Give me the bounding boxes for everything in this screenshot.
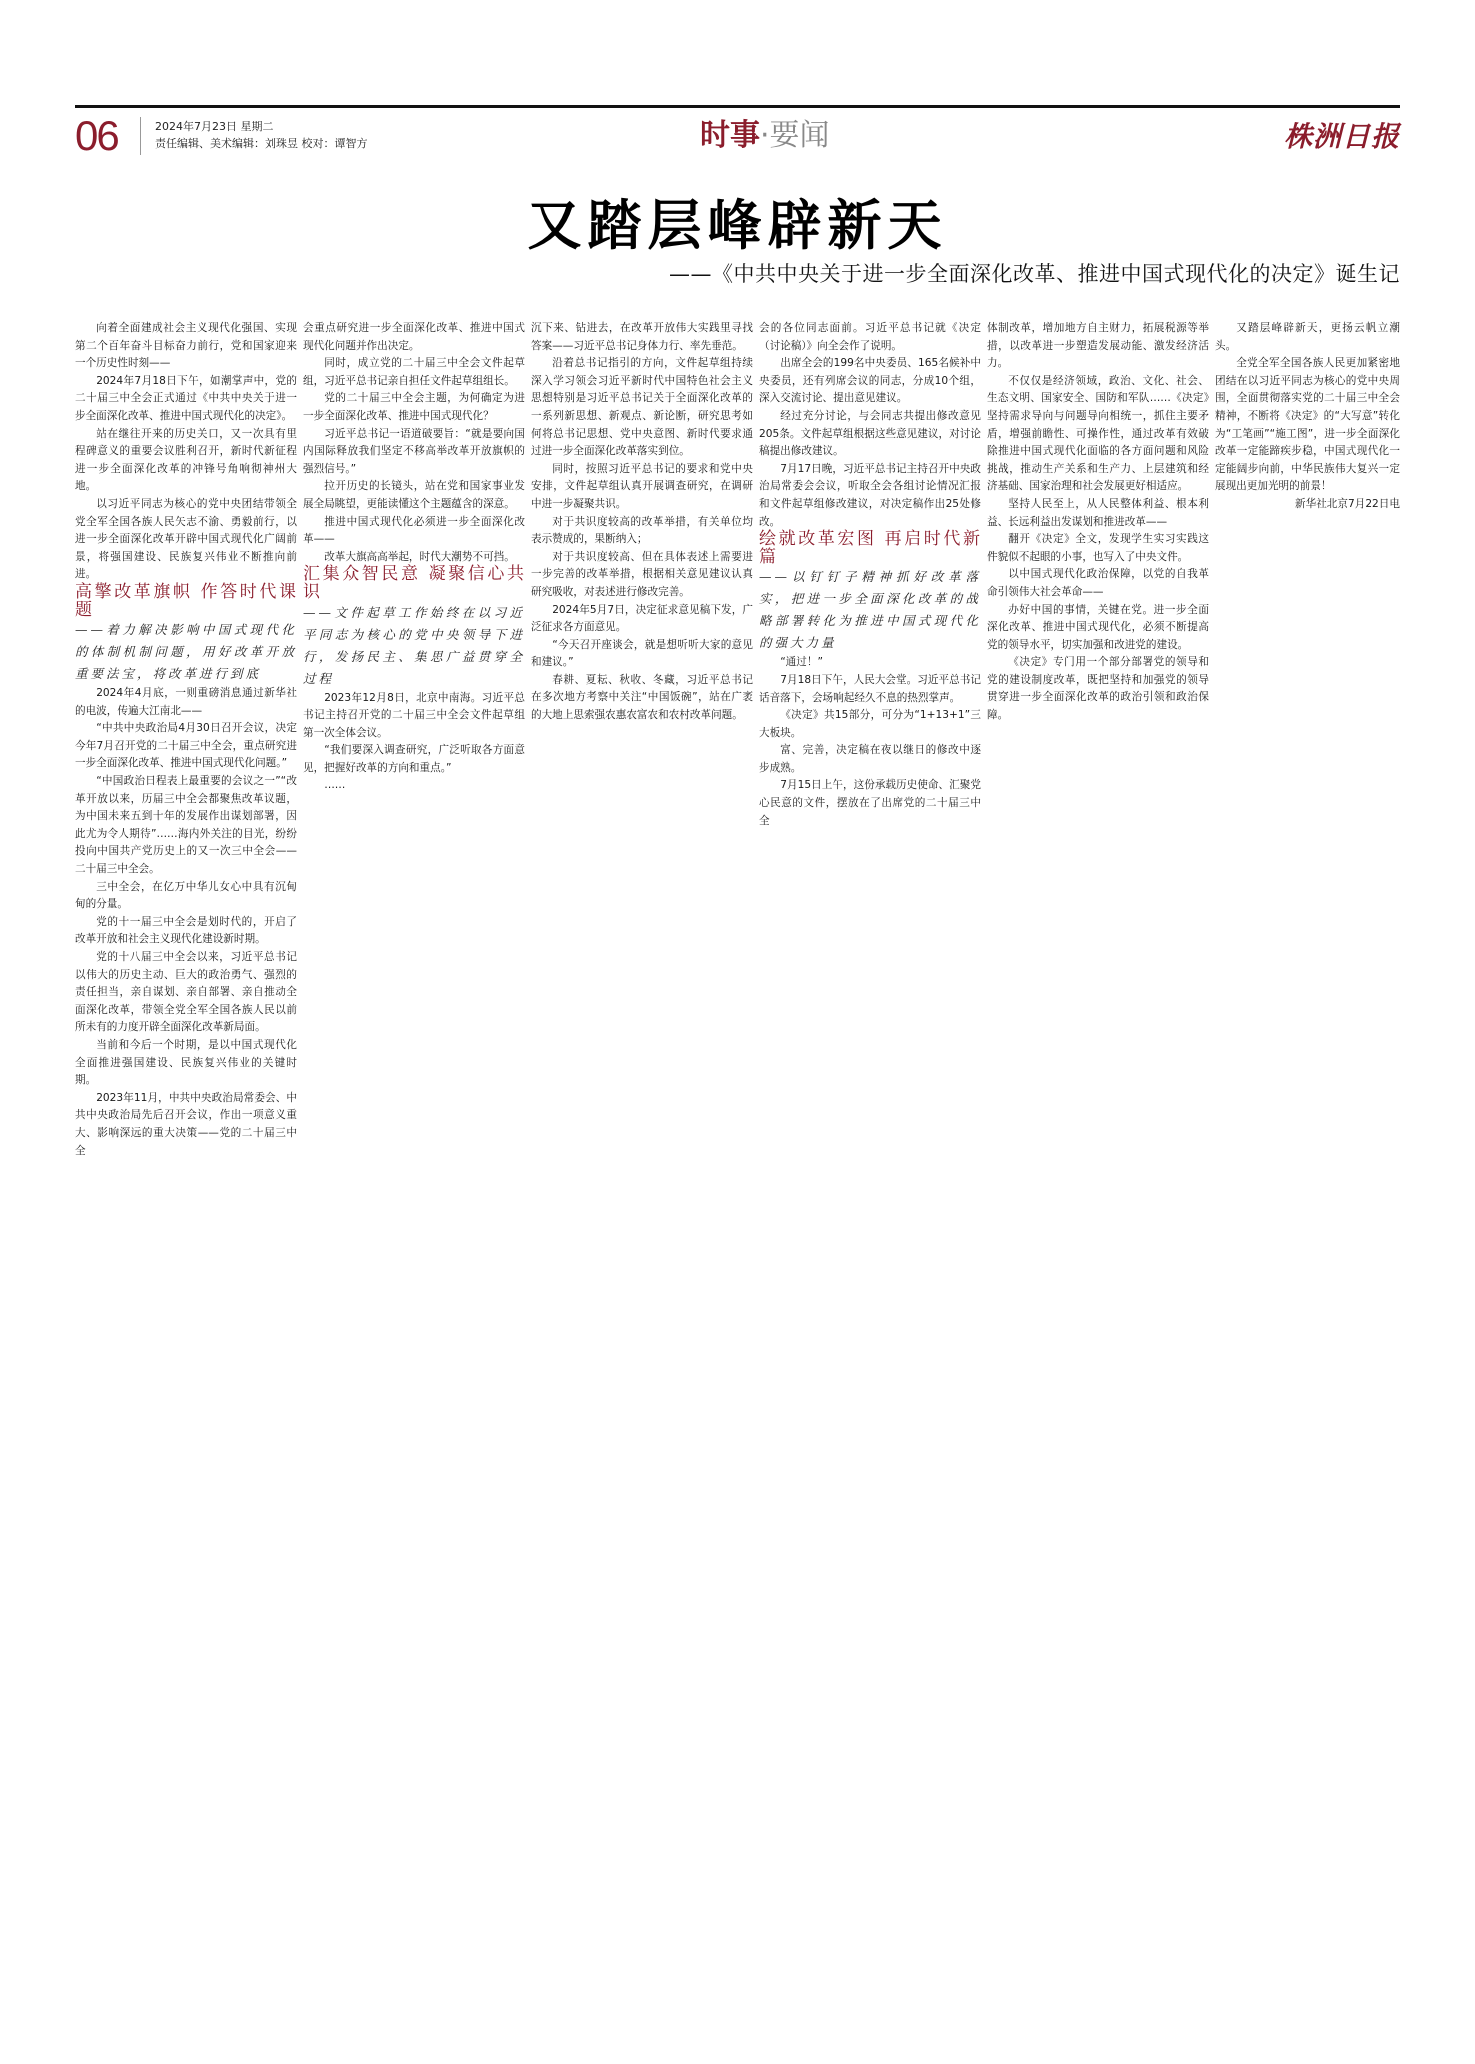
paragraph: 体制改革，增加地方自主财力，拓展税源等举措，以改革进一步塑造发展动能、激发经济活… [987, 320, 1209, 373]
paragraph: “中共中央政治局4月30日召开会议，决定今年7月召开党的二十届三中全会，重点研究… [75, 720, 297, 773]
paragraph: 会重点研究进一步全面深化改革、推进中国式现代化问题并作出决定。 [303, 320, 525, 355]
paragraph: 2023年11月，中共中央政治局常委会、中共中央政治局先后召开会议，作出一项意义… [75, 1090, 297, 1160]
dateline: 新华社北京7月22日电 [1215, 496, 1400, 514]
paragraph: 拉开历史的长镜头，站在党和国家事业发展全局眺望，更能读懂这个主题蕴含的深意。 [303, 478, 525, 513]
paragraph: 沿着总书记指引的方向，文件起草组持续深入学习领会习近平新时代中国特色社会主义思想… [531, 355, 753, 461]
column-6: 又踏层峰辟新天，更扬云帆立潮头。 全党全军全国各族人民更加紧密地团结在以习近平同… [1215, 320, 1400, 514]
editor-credits: 责任编辑、美术编辑：刘珠昱 校对：谭智方 [155, 135, 368, 152]
column-5: 体制改革，增加地方自主财力，拓展税源等举措，以改革进一步塑造发展动能、激发经济活… [987, 320, 1209, 725]
section-subheading: ——文件起草工作始终在以习近平同志为核心的党中央领导下进行，发扬民主、集思广益贯… [303, 602, 525, 690]
paragraph: 翻开《决定》全文，发现学生实习实践这件貌似不起眼的小事，也写入了中央文件。 [987, 531, 1209, 566]
paragraph: 春耕、夏耘、秋收、冬藏，习近平总书记在多次地方考察中关注“中国饭碗”，站在广袤的… [531, 672, 753, 725]
section-subheading: ——着力解决影响中国式现代化的体制机制问题，用好改革开放重要法宝，将改革进行到底 [75, 619, 297, 685]
paragraph: 党的十八届三中全会以来，习近平总书记以伟大的历史主动、巨大的政治勇气、强烈的责任… [75, 949, 297, 1037]
paragraph: 党的二十届三中全会主题，为何确定为进一步全面深化改革、推进中国式现代化？ [303, 390, 525, 425]
paragraph: 推进中国式现代化必须进一步全面深化改革—— [303, 514, 525, 549]
paragraph: 2024年4月底，一则重磅消息通过新华社的电波，传遍大江南北—— [75, 685, 297, 720]
paragraph: 沉下来、钻进去，在改革开放伟大实践里寻找答案——习近平总书记身体力行、率先垂范。 [531, 320, 753, 355]
section-subheading: ——以钉钉子精神抓好改革落实，把进一步全面深化改革的战略部署转化为推进中国式现代… [759, 566, 981, 654]
page-number: 06 [75, 113, 118, 158]
paragraph: “通过！” [759, 654, 981, 672]
paragraph: 经过充分讨论，与会同志共提出修改意见205条。文件起草组根据这些意见建议，对讨论… [759, 408, 981, 461]
paragraph: “今天召开座谈会，就是想听听大家的意见和建议。” [531, 637, 753, 672]
section-heading: 高擎改革旗帜 作答时代课题 [75, 584, 297, 619]
article-body: 向着全面建成社会主义现代化强国、实现第二个百年奋斗目标奋力前行，党和国家迎来一个… [75, 320, 1400, 2020]
paragraph: “中国政治日程表上最重要的会议之一”“改革开放以来，历届三中全会都聚焦改革议题，… [75, 773, 297, 879]
paragraph: 2024年7月18日下午，如潮掌声中，党的二十届三中全会正式通过《中共中央关于进… [75, 373, 297, 426]
paragraph: 会的各位同志面前。习近平总书记就《决定（讨论稿）》向全会作了说明。 [759, 320, 981, 355]
paragraph: 全党全军全国各族人民更加紧密地团结在以习近平同志为核心的党中央周围，全面贯彻落实… [1215, 355, 1400, 496]
column-1: 向着全面建成社会主义现代化强国、实现第二个百年奋斗目标奋力前行，党和国家迎来一个… [75, 320, 297, 1160]
paragraph: 富、完善，决定稿在夜以继日的修改中逐步成熟。 [759, 742, 981, 777]
paragraph: 以习近平同志为核心的党中央团结带领全党全军全国各族人民矢志不渝、勇毅前行，以进一… [75, 496, 297, 584]
paragraph: 7月17日晚，习近平总书记主持召开中央政治局常委会会议，听取全会各组讨论情况汇报… [759, 461, 981, 531]
paragraph: 7月15日上午，这份承载历史使命、汇聚党心民意的文件，摆放在了出席党的二十届三中… [759, 777, 981, 830]
paragraph: 《决定》共15部分，可分为“1+13+1”三大板块。 [759, 707, 981, 742]
paragraph: 7月18日下午，人民大会堂。习近平总书记话音落下，会场响起经久不息的热烈掌声。 [759, 672, 981, 707]
subheadline: ——《中共中央关于进一步全面深化改革、推进中国式现代化的决定》诞生记 [300, 258, 1400, 288]
issue-date: 2024年7月23日 星期二 [155, 118, 368, 135]
paragraph: 出席全会的199名中央委员、165名候补中央委员，还有列席会议的同志，分成10个… [759, 355, 981, 408]
paragraph: 办好中国的事情，关键在党。进一步全面深化改革、推进中国式现代化，必须不断提高党的… [987, 602, 1209, 655]
paragraph: 对于共识度较高、但在具体表述上需要进一步完善的改革举措，根据相关意见建议认真研究… [531, 549, 753, 602]
masthead: 06 2024年7月23日 星期二 责任编辑、美术编辑：刘珠昱 校对：谭智方 时… [75, 113, 1400, 158]
section-heading: 汇集众智民意 凝聚信心共识 [303, 566, 525, 601]
paragraph: 同时，按照习近平总书记的要求和党中央安排，文件起草组认真开展调查研究，在调研中进… [531, 461, 753, 514]
section-secondary: 要闻 [770, 118, 830, 153]
newspaper-logo: 株洲日报 [1284, 115, 1400, 155]
paragraph: 向着全面建成社会主义现代化强国、实现第二个百年奋斗目标奋力前行，党和国家迎来一个… [75, 320, 297, 373]
paragraph: 党的十一届三中全会是划时代的，开启了改革开放和社会主义现代化建设新时期。 [75, 914, 297, 949]
paragraph: 站在继往开来的历史关口，又一次具有里程碑意义的重要会议胜利召开，新时代新征程进一… [75, 426, 297, 496]
masthead-divider [140, 117, 141, 155]
paragraph: 同时，成立党的二十届三中全会文件起草组，习近平总书记亲自担任文件起草组组长。 [303, 355, 525, 390]
section-dot: · [760, 118, 770, 153]
column-2: 会重点研究进一步全面深化改革、推进中国式现代化问题并作出决定。 同时，成立党的二… [303, 320, 525, 795]
section-heading: 绘就改革宏图 再启时代新篇 [759, 531, 981, 566]
column-3: 沉下来、钻进去，在改革开放伟大实践里寻找答案——习近平总书记身体力行、率先垂范。… [531, 320, 753, 725]
paragraph: 对于共识度较高的改革举措，有关单位均表示赞成的，果断纳入； [531, 514, 753, 549]
section-primary: 时事 [700, 118, 760, 153]
paragraph: 不仅仅是经济领域，政治、文化、社会、生态文明、国家安全、国防和军队……《决定》坚… [987, 373, 1209, 496]
paragraph: 2024年5月7日，决定征求意见稿下发，广泛征求各方面意见。 [531, 602, 753, 637]
headline: 又踏层峰辟新天 [0, 183, 1475, 260]
paragraph: 三中全会，在亿万中华儿女心中具有沉甸甸的分量。 [75, 879, 297, 914]
paragraph: …… [303, 777, 525, 795]
paragraph: 《决定》专门用一个部分部署党的领导和党的建设制度改革，既把坚持和加强党的领导贯穿… [987, 654, 1209, 724]
paragraph: 以中国式现代化政治保障，以党的自我革命引领伟大社会革命—— [987, 566, 1209, 601]
paragraph: 2023年12月8日，北京中南海。习近平总书记主持召开党的二十届三中全会文件起草… [303, 690, 525, 743]
paragraph: 当前和今后一个时期，是以中国式现代化全面推进强国建设、民族复兴伟业的关键时期。 [75, 1037, 297, 1090]
section-title: 时事·要闻 [700, 113, 830, 158]
column-4: 会的各位同志面前。习近平总书记就《决定（讨论稿）》向全会作了说明。 出席全会的1… [759, 320, 981, 830]
paragraph: 坚持人民至上，从人民整体利益、根本利益、长远利益出发谋划和推进改革—— [987, 496, 1209, 531]
paragraph: “我们要深入调查研究，广泛听取各方面意见，把握好改革的方向和重点。” [303, 742, 525, 777]
paragraph: 又踏层峰辟新天，更扬云帆立潮头。 [1215, 320, 1400, 355]
masthead-meta: 2024年7月23日 星期二 责任编辑、美术编辑：刘珠昱 校对：谭智方 [155, 118, 368, 152]
paragraph: 习近平总书记一语道破要旨：“就是要向国内国际释放我们坚定不移高举改革开放旗帜的强… [303, 426, 525, 479]
top-rule [75, 105, 1400, 108]
